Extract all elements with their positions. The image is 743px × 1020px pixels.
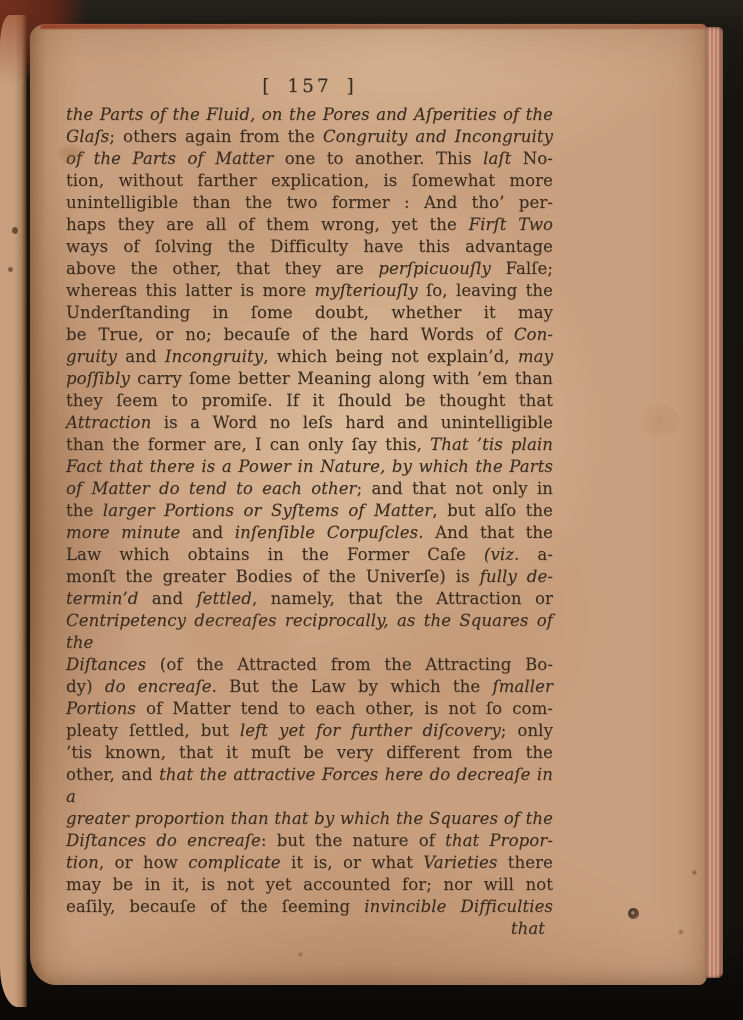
text-segment: No-	[523, 149, 553, 168]
text-segment: fully de-	[480, 567, 553, 586]
text-segment: one to another. This	[285, 149, 483, 168]
text-segment: the	[66, 501, 103, 520]
text-line: poſſibly carry ſome better Meaning along…	[66, 368, 553, 390]
text-segment: dy)	[66, 677, 105, 696]
text-line: of the Parts of Matter one to another. T…	[66, 148, 553, 170]
text-line: be True, or no; becauſe of the hard Word…	[66, 324, 553, 346]
text-segment: there	[508, 853, 553, 872]
text-segment: : but the nature of	[261, 831, 445, 850]
text-line: above the other, that they are perſpicuo…	[66, 258, 553, 280]
text-segment: tion	[66, 853, 99, 872]
text-segment: and	[125, 347, 165, 366]
text-line: Attraction is a Word no leſs hard and un…	[66, 412, 553, 434]
text-segment: myſteriouſly	[315, 281, 426, 300]
text-segment: Falſe;	[506, 259, 553, 278]
text-line: the Parts of the Fluid, on the Pores and…	[66, 104, 553, 126]
text-segment: tion, without farther explication, is ſo…	[66, 171, 553, 190]
text-segment: Incongruity	[165, 347, 263, 366]
text-line: Fact that there is a Power in Nature, by…	[66, 456, 553, 478]
text-segment: than the former are, I can only ſay this…	[66, 435, 430, 454]
text-segment: ways of ſolving the Difficulty have this…	[66, 237, 553, 256]
text-segment: and	[192, 523, 235, 542]
text-line: they ſeem to promiſe. If it ſhould be th…	[66, 390, 553, 412]
text-segment: that Propor-	[445, 831, 553, 850]
text-segment: may be in it, is not yet accounted for; …	[66, 875, 553, 894]
text-segment: termin’d	[66, 589, 152, 608]
text-segment: above the other, that they are	[66, 259, 378, 278]
text-segment: greater proportion than that by which th…	[66, 809, 553, 828]
text-segment: ſmaller	[492, 677, 553, 696]
text-line: Centripetency decreaſes reciprocally, as…	[66, 610, 553, 654]
text-segment: ; others again from the	[109, 127, 323, 146]
text-segment: , which being not explain’d,	[263, 347, 518, 366]
text-segment: left yet for further diſcovery	[240, 721, 501, 740]
text-line: dy) do encreaſe. But the Law by which th…	[66, 676, 553, 698]
text-segment: and	[152, 589, 197, 608]
text-segment: ſettled	[196, 589, 251, 608]
text-segment: , or how	[99, 853, 188, 872]
catchword-row: that	[66, 918, 553, 940]
text-line: greater proportion than that by which th…	[66, 808, 553, 830]
text-segment: monſt the greater Bodies of the Univerſe…	[66, 567, 480, 586]
text-line: whereas this latter is more myſteriouſly…	[66, 280, 553, 302]
text-segment: the Parts of the Fluid, on the Pores and…	[66, 105, 553, 124]
text-line: ways of ſolving the Difficulty have this…	[66, 236, 553, 258]
fore-edge-leaves	[705, 27, 723, 978]
text-segment: poſſibly	[66, 369, 137, 388]
text-line: pleaty ſettled, but left yet for further…	[66, 720, 553, 742]
text-segment: . And that the	[418, 523, 553, 542]
text-segment: of the Parts of Matter	[66, 149, 285, 168]
text-line: monſt the greater Bodies of the Univerſe…	[66, 566, 553, 588]
previous-page-edge	[0, 15, 27, 1007]
text-segment: Portions	[66, 699, 146, 718]
text-segment: a-	[519, 545, 553, 564]
text-segment: whereas this latter is more	[66, 281, 315, 300]
text-segment: Varieties	[423, 853, 508, 872]
text-segment: That ’tis plain	[430, 435, 553, 454]
scanned-book-photo: [ 157 ] the Parts of the Fluid, on the P…	[0, 0, 743, 1020]
text-segment: other, and	[66, 765, 159, 784]
text-segment: Underſtanding in ſome doubt, whether it …	[66, 303, 553, 322]
text-segment: larger Portions or Syſtems of Matter	[103, 501, 433, 520]
text-segment: Glaſs	[66, 127, 109, 146]
text-line: tion, or how complicate it is, or what V…	[66, 852, 553, 874]
text-line: Glaſs; others again from the Congruity a…	[66, 126, 553, 148]
foxing-stain	[640, 404, 680, 438]
text-segment: , but alſo the	[432, 501, 553, 520]
text-line: Diſtances (of the Attracted from the Att…	[66, 654, 553, 676]
text-segment: of Matter tend to each other, is not ſo …	[146, 699, 553, 718]
text-segment: , namely, that the Attraction or	[252, 589, 553, 608]
text-line: Portions of Matter tend to each other, i…	[66, 698, 553, 720]
text-segment: perſpicuouſly	[378, 259, 505, 278]
page-number: [ 157 ]	[66, 76, 553, 98]
text-segment: Congruity and Incongruity	[323, 127, 553, 146]
text-line: eaſily, becauſe of the ſeeming invincibl…	[66, 896, 553, 918]
catchword: that	[511, 919, 545, 938]
text-segment: ’tis known, that it muſt be very differe…	[66, 743, 553, 762]
text-segment: complicate	[188, 853, 291, 872]
text-segment: Diſtances do encreaſe	[66, 831, 261, 850]
text-segment: Firſt Two	[469, 215, 553, 234]
text-line: gruity and Incongruity, which being not …	[66, 346, 553, 368]
text-column: [ 157 ] the Parts of the Fluid, on the P…	[66, 76, 553, 940]
text-line: termin’d and ſettled, namely, that the A…	[66, 588, 553, 610]
text-line: haps they are all of them wrong, yet the…	[66, 214, 553, 236]
text-segment: is a Word no leſs hard and unintelligibl…	[164, 413, 553, 432]
text-segment: inſenſible Corpuſcles	[235, 523, 418, 542]
text-segment: Fact that there is a Power in Nature, by…	[66, 457, 553, 476]
text-line: tion, without farther explication, is ſo…	[66, 170, 553, 192]
text-segment: Diſtances	[66, 655, 160, 674]
text-line: other, and that the attractive Forces he…	[66, 764, 553, 808]
text-segment: do encreaſe	[105, 677, 212, 696]
text-segment: ; only	[501, 721, 553, 740]
text-segment: eaſily, becauſe of the ſeeming	[66, 897, 364, 916]
text-segment: may	[518, 347, 553, 366]
text-segment: carry ſome better Meaning along with ’em…	[137, 369, 553, 388]
text-segment: ; and that not only in	[357, 479, 553, 498]
text-segment: be True, or no; becauſe of the hard Word…	[66, 325, 514, 344]
foxing-dot	[298, 952, 303, 957]
text-line: than the former are, I can only ſay this…	[66, 434, 553, 456]
text-segment: gruity	[66, 347, 125, 366]
text-segment: unintelligible than the two former : And…	[66, 193, 553, 212]
text-line: Underſtanding in ſome doubt, whether it …	[66, 302, 553, 324]
text-segment: (of the Attracted from the Attracting Bo…	[160, 655, 553, 674]
text-line: ’tis known, that it muſt be very differe…	[66, 742, 553, 764]
text-segment: they ſeem to promiſe. If it ſhould be th…	[66, 391, 553, 410]
text-segment: Centripetency decreaſes reciprocally, as…	[66, 611, 553, 652]
text-line: Law which obtains in the Former Caſe (vi…	[66, 544, 553, 566]
text-segment: it is, or what	[291, 853, 423, 872]
ink-speck	[12, 227, 18, 234]
text-segment: Attraction	[66, 413, 164, 432]
lines: the Parts of the Fluid, on the Pores and…	[66, 104, 553, 918]
text-line: the larger Portions or Syſtems of Matter…	[66, 500, 553, 522]
text-segment: invincible Difficulties	[364, 897, 553, 916]
text-segment: of Matter do tend to each other	[66, 479, 357, 498]
text-segment: more minute	[66, 523, 192, 542]
text-line: more minute and inſenſible Corpuſcles. A…	[66, 522, 553, 544]
text-line: of Matter do tend to each other; and tha…	[66, 478, 553, 500]
text-segment: . But the Law by which the	[212, 677, 493, 696]
foxing-dot	[692, 870, 697, 875]
text-segment: Con-	[514, 325, 553, 344]
red-stained-page-edge	[40, 24, 705, 29]
text-segment: haps they are all of them wrong, yet the	[66, 215, 469, 234]
text-segment: pleaty ſettled, but	[66, 721, 240, 740]
ink-speck	[8, 267, 13, 272]
text-segment: ſo, leaving the	[426, 281, 553, 300]
text-segment: (viz.	[484, 545, 519, 564]
wormhole-spot	[628, 908, 639, 919]
text-segment: Law which obtains in the Former Caſe	[66, 545, 484, 564]
text-line: may be in it, is not yet accounted for; …	[66, 874, 553, 896]
book-page: [ 157 ] the Parts of the Fluid, on the P…	[30, 24, 707, 985]
foxing-dot	[678, 929, 684, 935]
text-segment: laſt	[483, 149, 523, 168]
text-line: unintelligible than the two former : And…	[66, 192, 553, 214]
text-line: Diſtances do encreaſe: but the nature of…	[66, 830, 553, 852]
